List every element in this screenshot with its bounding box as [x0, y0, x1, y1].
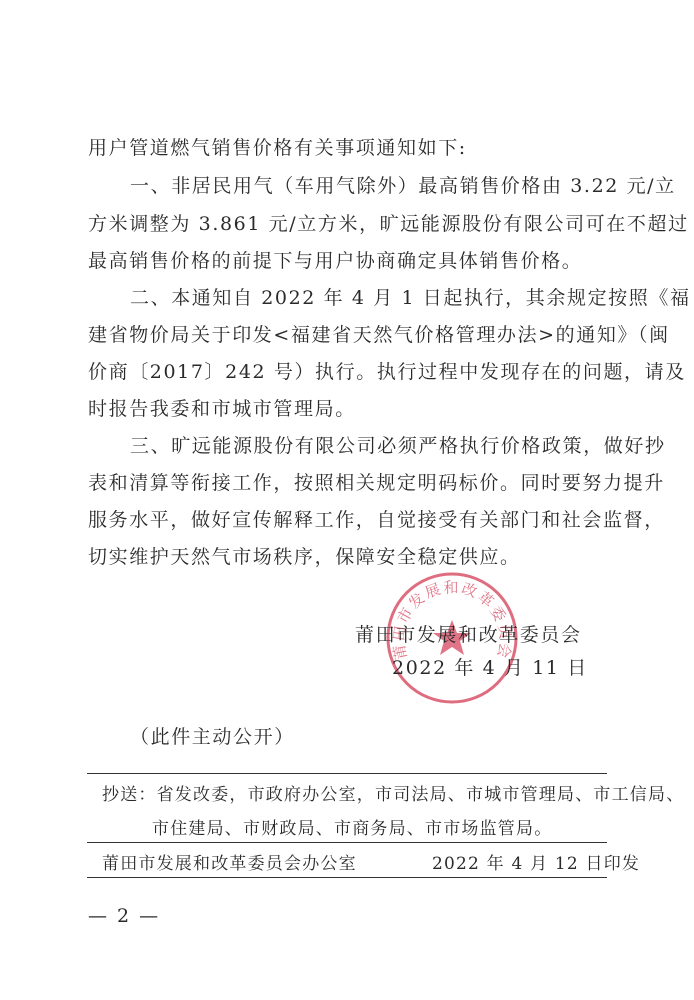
body-line: 服务水平，做好宣传解释工作，自觉接受有关部门和社会监督， — [88, 508, 608, 532]
print-date: 2022 年 4 月 12 日印发 — [432, 849, 640, 874]
body-line: 三、旷远能源股份有限公司必须严格执行价格政策，做好抄 — [130, 434, 608, 458]
body-line: 价商〔2017〕242 号）执行。执行过程中发现存在的问题，请及 — [88, 360, 608, 384]
cc-line-1: 抄送：省发改委，市政府办公室，市司法局、市城市管理局、市工信局、 — [102, 780, 684, 805]
issuer-name: 莆田市发展和改革委员会 — [355, 620, 582, 647]
page-number: — 2 — — [88, 905, 160, 927]
body-line: 表和清算等衔接工作，按照相关规定明码标价。同时要努力提升 — [88, 471, 608, 495]
body-line: 方米调整为 3.861 元/立方米，旷远能源股份有限公司可在不超过 — [88, 212, 608, 236]
divider — [87, 877, 607, 878]
cc-line-2: 市住建局、市财政局、市商务局、市市场监管局。 — [152, 814, 552, 839]
body-line: 二、本通知自 2022 年 4 月 1 日起执行，其余规定按照《福 — [130, 286, 608, 310]
body-line: 用户管道燃气销售价格有关事项通知如下: — [88, 136, 608, 160]
disclosure-note: （此件主动公开） — [130, 722, 295, 749]
divider — [87, 842, 607, 843]
body-line: 一、非居民用气（车用气除外）最高销售价格由 3.22 元/立 — [130, 174, 608, 198]
issue-date: 2022 年 4 月 11 日 — [392, 653, 588, 680]
issuing-office: 莆田市发展和改革委员会办公室 — [102, 849, 357, 874]
body-line: 时报告我委和市城市管理局。 — [88, 397, 608, 421]
body-line: 建省物价局关于印发<福建省天然气价格管理办法>的通知》（闽 — [88, 323, 608, 347]
divider — [87, 773, 607, 774]
body-line: 最高销售价格的前提下与用户协商确定具体销售价格。 — [88, 249, 608, 273]
body-line: 切实维护天然气市场秩序，保障安全稳定供应。 — [88, 545, 608, 569]
